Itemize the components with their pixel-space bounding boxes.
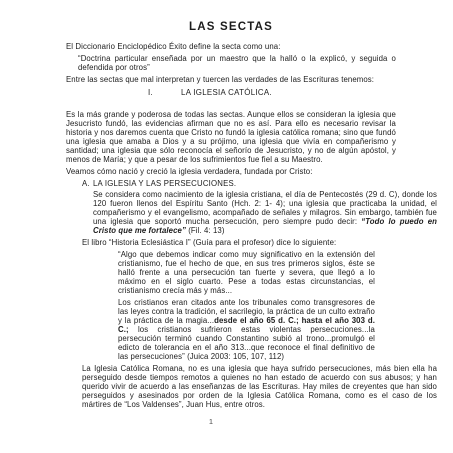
- document-title: LAS SECTAS: [66, 21, 396, 33]
- scripture-reference: (Fil. 4: 13): [186, 226, 225, 235]
- subsection-marker: A.: [82, 179, 93, 188]
- book-quote-text-2: los cristianos sufrieron estas violentas…: [118, 325, 375, 361]
- book-quote-paragraph-1: “Algo que debemos indicar como muy signi…: [118, 250, 375, 295]
- intro-lead-paragraph: El Diccionario Enciclopédico Éxito defin…: [66, 42, 396, 51]
- subsection-a: A.LA IGLESIA Y LAS PERSECUCIONES. Se con…: [82, 179, 437, 409]
- document-page: LAS SECTAS El Diccionario Enciclopédico …: [0, 0, 453, 453]
- document-content: LAS SECTAS El Diccionario Enciclopédico …: [66, 21, 437, 412]
- section-transition-paragraph: Veamos cómo nació y creció la iglesia ve…: [66, 167, 396, 176]
- book-reference-line: El libro “Historia Eclesiástica I” (Guía…: [82, 238, 437, 247]
- book-quote-block: “Algo que debemos indicar como muy signi…: [118, 250, 375, 361]
- definition-quote: “Doctrina particular enseñada por un mae…: [78, 54, 396, 72]
- closing-paragraph: La Iglesia Católica Romana, no es una ig…: [82, 364, 437, 409]
- section-heading: I.LA IGLESIA CATÓLICA.: [148, 88, 437, 97]
- book-quote-paragraph-2: Los cristianos eran citados ante los tri…: [118, 298, 375, 361]
- page-number: 1: [0, 417, 422, 426]
- intro-transition-paragraph: Entre las sectas que mal interpretan y t…: [66, 75, 396, 84]
- subsection-title: LA IGLESIA Y LAS PERSECUCIONES.: [93, 179, 236, 188]
- section-title: LA IGLESIA CATÓLICA.: [181, 88, 272, 97]
- section-intro-paragraph: Es la más grande y poderosa de todas las…: [66, 110, 396, 164]
- persecutions-paragraph: Se considera como nacimiento de la igles…: [93, 190, 437, 235]
- subsection-heading: A.LA IGLESIA Y LAS PERSECUCIONES.: [82, 179, 437, 188]
- section-numeral: I.: [148, 88, 153, 97]
